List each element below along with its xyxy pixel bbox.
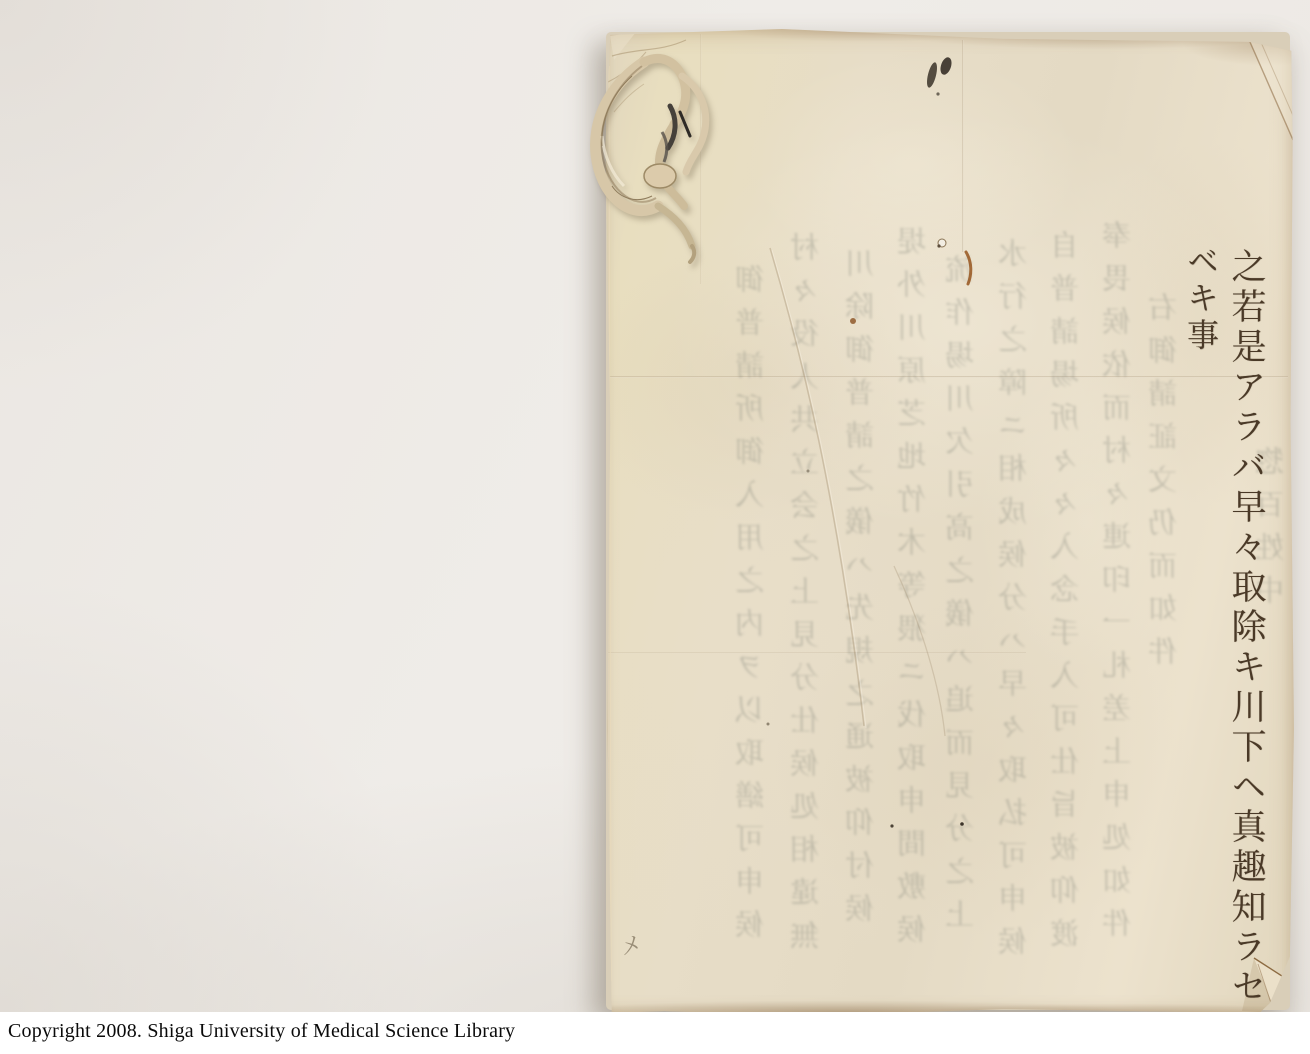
bleedthrough-column: 川除御普請之儀ハ先規之通被仰付候 bbox=[840, 248, 881, 936]
bleedthrough-column: 堤外川原芝地竹木等猥ニ伐取申間敷候 bbox=[892, 226, 933, 957]
copyright-text: Copyright 2008. Shiga University of Medi… bbox=[8, 1020, 515, 1043]
bleedthrough-column: 御普請所御入用之内ヲ以取繕可申候 bbox=[730, 264, 771, 952]
bleedthrough-column: 水行之障ニ相成候分ハ早々取払可申候 bbox=[993, 238, 1034, 969]
bleedthrough-column: 村々役人共立会之上見分仕候処相違無 bbox=[785, 232, 826, 963]
binding-cord bbox=[572, 36, 742, 266]
cord-knot bbox=[644, 164, 676, 188]
bleedthrough-column: 自普請場所々々入念手入可仕旨被仰渡 bbox=[1045, 230, 1086, 961]
bleedthrough-column: 奉畏候依而村々連印一札差上申処如件 bbox=[1097, 220, 1138, 951]
copyright-bar: Copyright 2008. Shiga University of Medi… bbox=[0, 1012, 1310, 1054]
cord-loop bbox=[596, 62, 658, 211]
calligraphy-column-1: 之若是アラバ早々取除キ川下ヘ真趣知ラセ bbox=[1221, 248, 1271, 1008]
calligraphy-column-2: ベキ事 bbox=[1178, 244, 1224, 355]
bleedthrough-column: 流作場川欠引高之儀ハ追而見分之上 bbox=[940, 254, 981, 942]
cord-tail bbox=[658, 206, 692, 246]
cord-dark-strand bbox=[680, 112, 690, 136]
scanned-photo-page: 御普請所御入用之内ヲ以取繕可申候村々役人共立会之上見分仕候処相違無川除御普請之儀… bbox=[0, 0, 1310, 1054]
